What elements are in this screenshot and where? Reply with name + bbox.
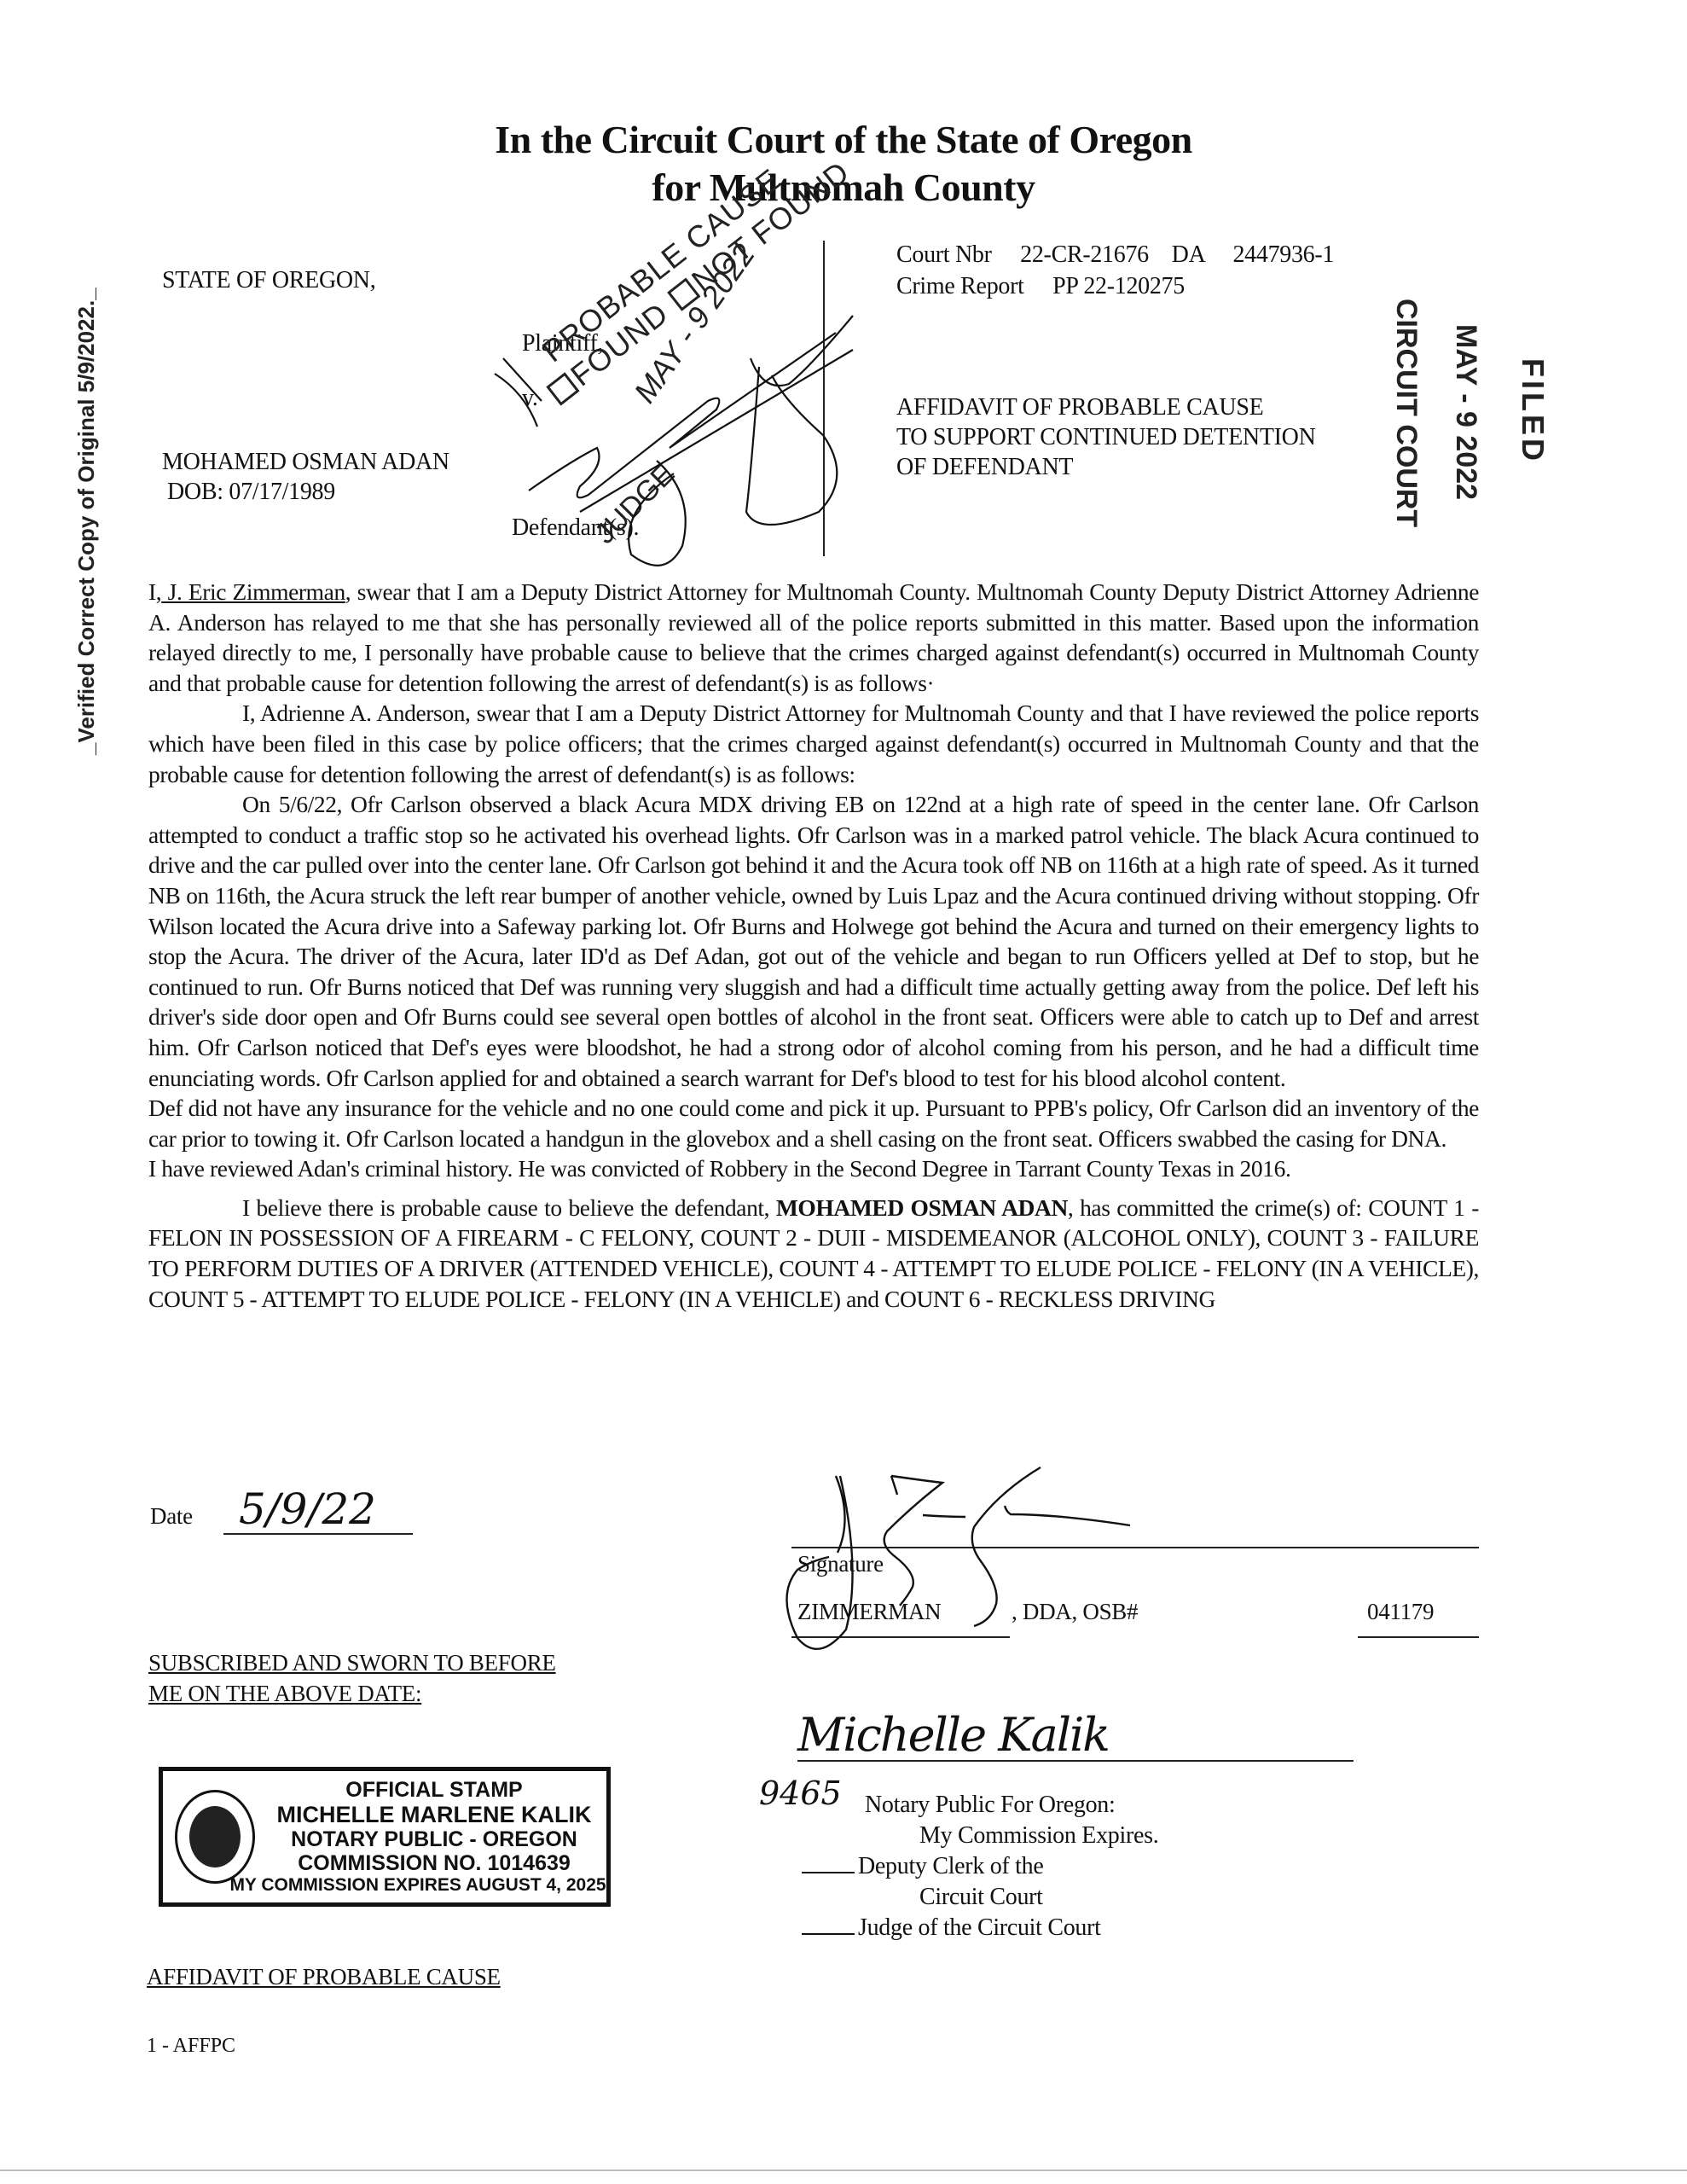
defendant-name-bold: MOHAMED OSMAN ADAN (776, 1194, 1068, 1221)
notary-options: Notary Public For Oregon: My Commission … (802, 1790, 1158, 1943)
da-label: DA (1172, 241, 1204, 268)
da-number: 2447936-1 (1232, 241, 1334, 268)
crime-report-label: Crime Report (896, 273, 1024, 299)
notary-stamp-expiry: MY COMMISSION EXPIRES AUGUST 4, 2025 (226, 1875, 610, 1896)
filed-stamp-status: FILED (1515, 358, 1551, 464)
affidavit-body: I, J. Eric Zimmerman, swear that I am a … (148, 577, 1479, 1314)
paragraph-facts: On 5/6/22, Ofr Carlson observed a black … (148, 789, 1479, 1093)
para1-text: , swear that I am a Deputy District Atto… (148, 578, 1479, 696)
plaintiff-name: STATE OF OREGON, (162, 266, 375, 295)
paragraph-anderson: I, Adrienne A. Anderson, swear that I am… (148, 698, 1479, 789)
sworn-line2: ME ON THE ABOVE DATE: (148, 1681, 421, 1707)
notary-stamp-line3: NOTARY PUBLIC - OREGON (264, 1827, 605, 1852)
osb-line (1358, 1636, 1479, 1638)
paragraph-charges: I believe there is probable cause to bel… (148, 1193, 1479, 1314)
circuit-court-label: Circuit Court (802, 1882, 1158, 1913)
defendant-name: MOHAMED OSMAN ADAN (162, 448, 449, 477)
commission-expires-label: My Commission Expires. (802, 1821, 1158, 1851)
deputy-clerk-option[interactable]: Deputy Clerk of the (802, 1851, 1158, 1882)
notary-official-stamp: OFFICIAL STAMP MICHELLE MARLENE KALIK NO… (159, 1767, 611, 1907)
affiant-name-zimmerman: J. Eric Zimmerman (161, 578, 345, 605)
paragraph-zimmerman: I, J. Eric Zimmerman, swear that I am a … (148, 577, 1479, 698)
filed-stamp-court: CIRCUIT COURT (1389, 299, 1423, 527)
judge-label: Judge of the Circuit Court (858, 1914, 1101, 1941)
notary-stamp-commission: COMMISSION NO. 1014639 (264, 1851, 605, 1876)
judge-signature (478, 222, 861, 580)
para1-prefix: I, (148, 578, 161, 605)
judge-option[interactable]: Judge of the Circuit Court (802, 1913, 1158, 1943)
oregon-state-seal-icon (175, 1790, 255, 1884)
crime-report-number: PP 22-120275 (1052, 273, 1185, 299)
deputy-clerk-blank[interactable] (802, 1872, 855, 1873)
osb-number: 041179 (1367, 1599, 1434, 1625)
court-nbr-label: Court Nbr (896, 241, 992, 268)
certification-side-text: _Verified Correct Copy of Original 5/9/2… (73, 288, 100, 755)
judge-blank[interactable] (802, 1933, 855, 1935)
court-title: In the Circuit Court of the State of Ore… (0, 116, 1687, 164)
case-info: Court Nbr 22-CR-21676 DA 2447936-1 Crime… (896, 239, 1334, 302)
footer-form-title: AFFIDAVIT OF PROBABLE CAUSE (147, 1964, 501, 1990)
footer-page-code: 1 - AFFPC (147, 2035, 235, 2058)
document-title: AFFIDAVIT OF PROBABLE CAUSE TO SUPPORT C… (896, 392, 1316, 482)
sworn-line1: SUBSCRIBED AND SWORN TO BEFORE (148, 1650, 556, 1676)
deputy-clerk-label: Deputy Clerk of the (858, 1853, 1043, 1879)
paragraph-inventory: Def did not have any insurance for the v… (148, 1093, 1479, 1153)
defendant-dob: DOB: 07/17/1989 (167, 478, 335, 507)
document-title-line1: AFFIDAVIT OF PROBABLE CAUSE (896, 392, 1316, 422)
court-nbr: 22-CR-21676 (1020, 241, 1149, 268)
document-title-line2: TO SUPPORT CONTINUED DETENTION (896, 422, 1316, 452)
paragraph-criminal-history: I have reviewed Adan's criminal history.… (148, 1153, 1479, 1184)
dda-signature[interactable] (768, 1467, 1245, 1672)
notary-public-label: Notary Public For Oregon: (802, 1790, 1158, 1821)
date-label: Date (150, 1503, 193, 1530)
handwritten-date[interactable]: 5/9/22 (239, 1484, 376, 1534)
document-title-line3: OF DEFENDANT (896, 452, 1316, 482)
filed-stamp-date: MAY - 9 2022 (1449, 324, 1482, 500)
notary-signature[interactable]: Michelle Kalik (797, 1708, 1109, 1762)
footer-rule (0, 2169, 1687, 2171)
notary-stamp-name: MICHELLE MARLENE KALIK (264, 1802, 605, 1828)
para6-prefix: I believe there is probable cause to bel… (242, 1194, 776, 1221)
notary-stamp-line1: OFFICIAL STAMP (264, 1778, 605, 1803)
